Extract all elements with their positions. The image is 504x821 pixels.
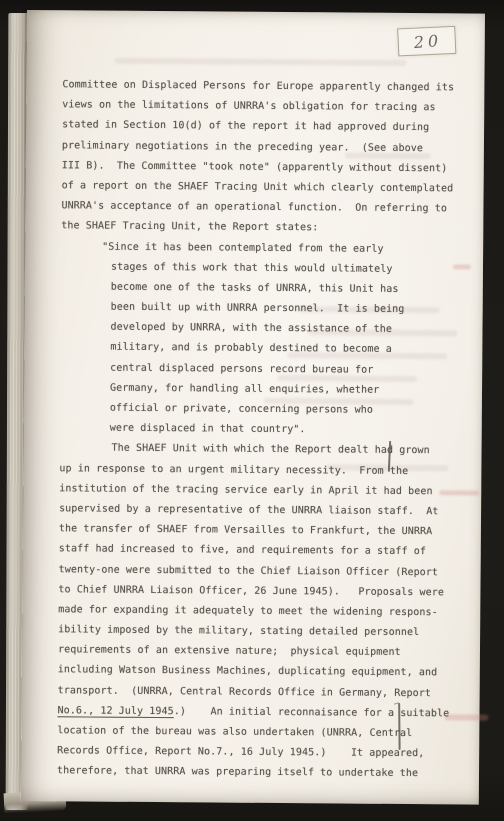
typed-line: twenty-one were submitted to the Chief L… <box>59 560 467 583</box>
photo-background: 20 Committee on Displaced Persons for Eu… <box>0 0 504 821</box>
bleedthrough-mark <box>115 58 407 66</box>
typed-line: the SHAEF Tracing Unit, the Report state… <box>61 217 469 240</box>
document-page: 20 Committee on Displaced Persons for Eu… <box>21 10 485 805</box>
typed-line: preliminary negotiations in the precedin… <box>62 136 470 159</box>
page-number-pencil-box: 20 <box>397 26 456 57</box>
typed-line: The SHAEF Unit with which the Report dea… <box>59 439 467 462</box>
typed-line: stated in Section 10(d) of the report it… <box>62 116 470 139</box>
typed-line: staff had increased to five, and require… <box>59 540 467 563</box>
typed-text-block: Committee on Displaced Persons for Europ… <box>57 75 471 785</box>
typed-line: military, and is probably destined to be… <box>60 338 468 361</box>
typed-line: up in response to an urgent military nec… <box>59 459 467 482</box>
handwritten-page-number: 20 <box>410 30 443 51</box>
typed-line: therefore, that UNRRA was preparing itse… <box>57 762 465 785</box>
typed-line: "Since it has been contemplated from the… <box>61 237 469 260</box>
typed-line: including Watson Business Machines, dupl… <box>58 661 466 684</box>
